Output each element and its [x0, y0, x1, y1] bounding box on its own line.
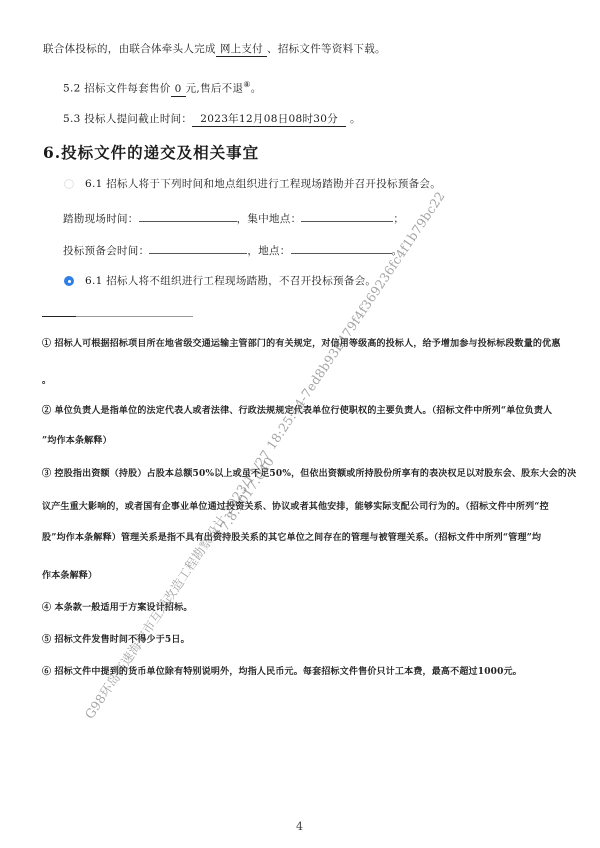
footnote-3-line4: 作本条解释）: [42, 568, 97, 581]
footnote-3: ③ 控股指出资额（持股）占股本总额50%以上或虽不足50%，但依出资额或所持股份…: [42, 466, 576, 479]
footnote-ref-8: ⑧: [243, 80, 250, 89]
page-number: 4: [296, 820, 303, 833]
item-5-3-suffix: 。: [350, 113, 361, 125]
footnote-3-line2: 议产生重大影响的，或者国有企事业单位通过投资关系、协议或者其他安排，能够实际支配…: [42, 499, 549, 512]
gather-end: ；: [393, 213, 404, 225]
option-site-visit-label: 6.1 招标人将于下列时间和地点组织进行工程现场踏勘并召开投标预备会。: [85, 176, 441, 191]
footnote-divider: [42, 316, 193, 317]
download-method-value: 网上支付: [216, 43, 267, 57]
meeting-place-field[interactable]: [291, 242, 392, 254]
footnote-5: ⑤ 招标文件发售时间不得少于5日。: [42, 632, 190, 645]
meeting-time-label: 投标预备会时间：: [63, 245, 149, 257]
item-5-3-prefix: 5.3 投标人提问截止时间：: [63, 113, 192, 125]
item-5-2-prefix: 5.2 招标文件每套售价: [63, 83, 171, 95]
footnote-1: ① 招标人可根据招标项目所在地省级交通运输主管部门的有关规定，对信用等级高的投标…: [42, 336, 561, 349]
radio-option-site-visit[interactable]: [64, 179, 74, 189]
site-visit-row: 踏勘现场时间：，集中地点：；: [63, 210, 404, 226]
option-no-site-visit-label: 6.1 招标人将不组织进行工程现场踏勘，不召开投标预备会。: [85, 273, 376, 288]
pre-bid-meeting-row: 投标预备会时间：，地点：。: [63, 242, 402, 258]
section-6-heading: 6.投标文件的递交及相关事宜: [43, 141, 259, 163]
meeting-place-label: ，地点：: [247, 245, 290, 257]
footnote-3-line3: 股”均作本条解释）管理关系是指不具有出资持股关系的其它单位之间存在的管理与被管理…: [42, 530, 541, 543]
site-time-label: 踏勘现场时间：: [63, 213, 139, 225]
paragraph-download: 联合体投标的，由联合体牵头人完成网上支付、招标文件等资料下载。: [43, 41, 386, 57]
gather-place-field[interactable]: [301, 210, 393, 222]
site-time-field[interactable]: [139, 210, 237, 222]
document-page: 联合体投标的，由联合体牵头人完成网上支付、招标文件等资料下载。 5.2 招标文件…: [0, 0, 600, 848]
radio-option-no-site-visit[interactable]: [64, 276, 74, 286]
document-price-value: 0: [171, 83, 186, 97]
footnote-1-cont: 。: [42, 373, 51, 386]
download-suffix: 、招标文件等资料下载。: [267, 43, 386, 55]
item-5-2-end: 。: [251, 83, 262, 95]
download-prefix: 联合体投标的，由联合体牵头人完成: [43, 43, 216, 55]
item-5-2: 5.2 招标文件每套售价0元,售后不退⑧。: [63, 80, 262, 97]
item-5-3: 5.3 投标人提问截止时间：2023年12月08日08时30分。: [63, 111, 361, 127]
question-deadline-value: 2023年12月08日08时30分: [192, 113, 346, 127]
gather-place-label: ，集中地点：: [237, 213, 302, 225]
footnote-2-cont: ”均作本条解释）: [42, 433, 112, 446]
meeting-time-field[interactable]: [149, 242, 247, 254]
item-5-2-suffix: 元,售后不退: [186, 83, 244, 95]
